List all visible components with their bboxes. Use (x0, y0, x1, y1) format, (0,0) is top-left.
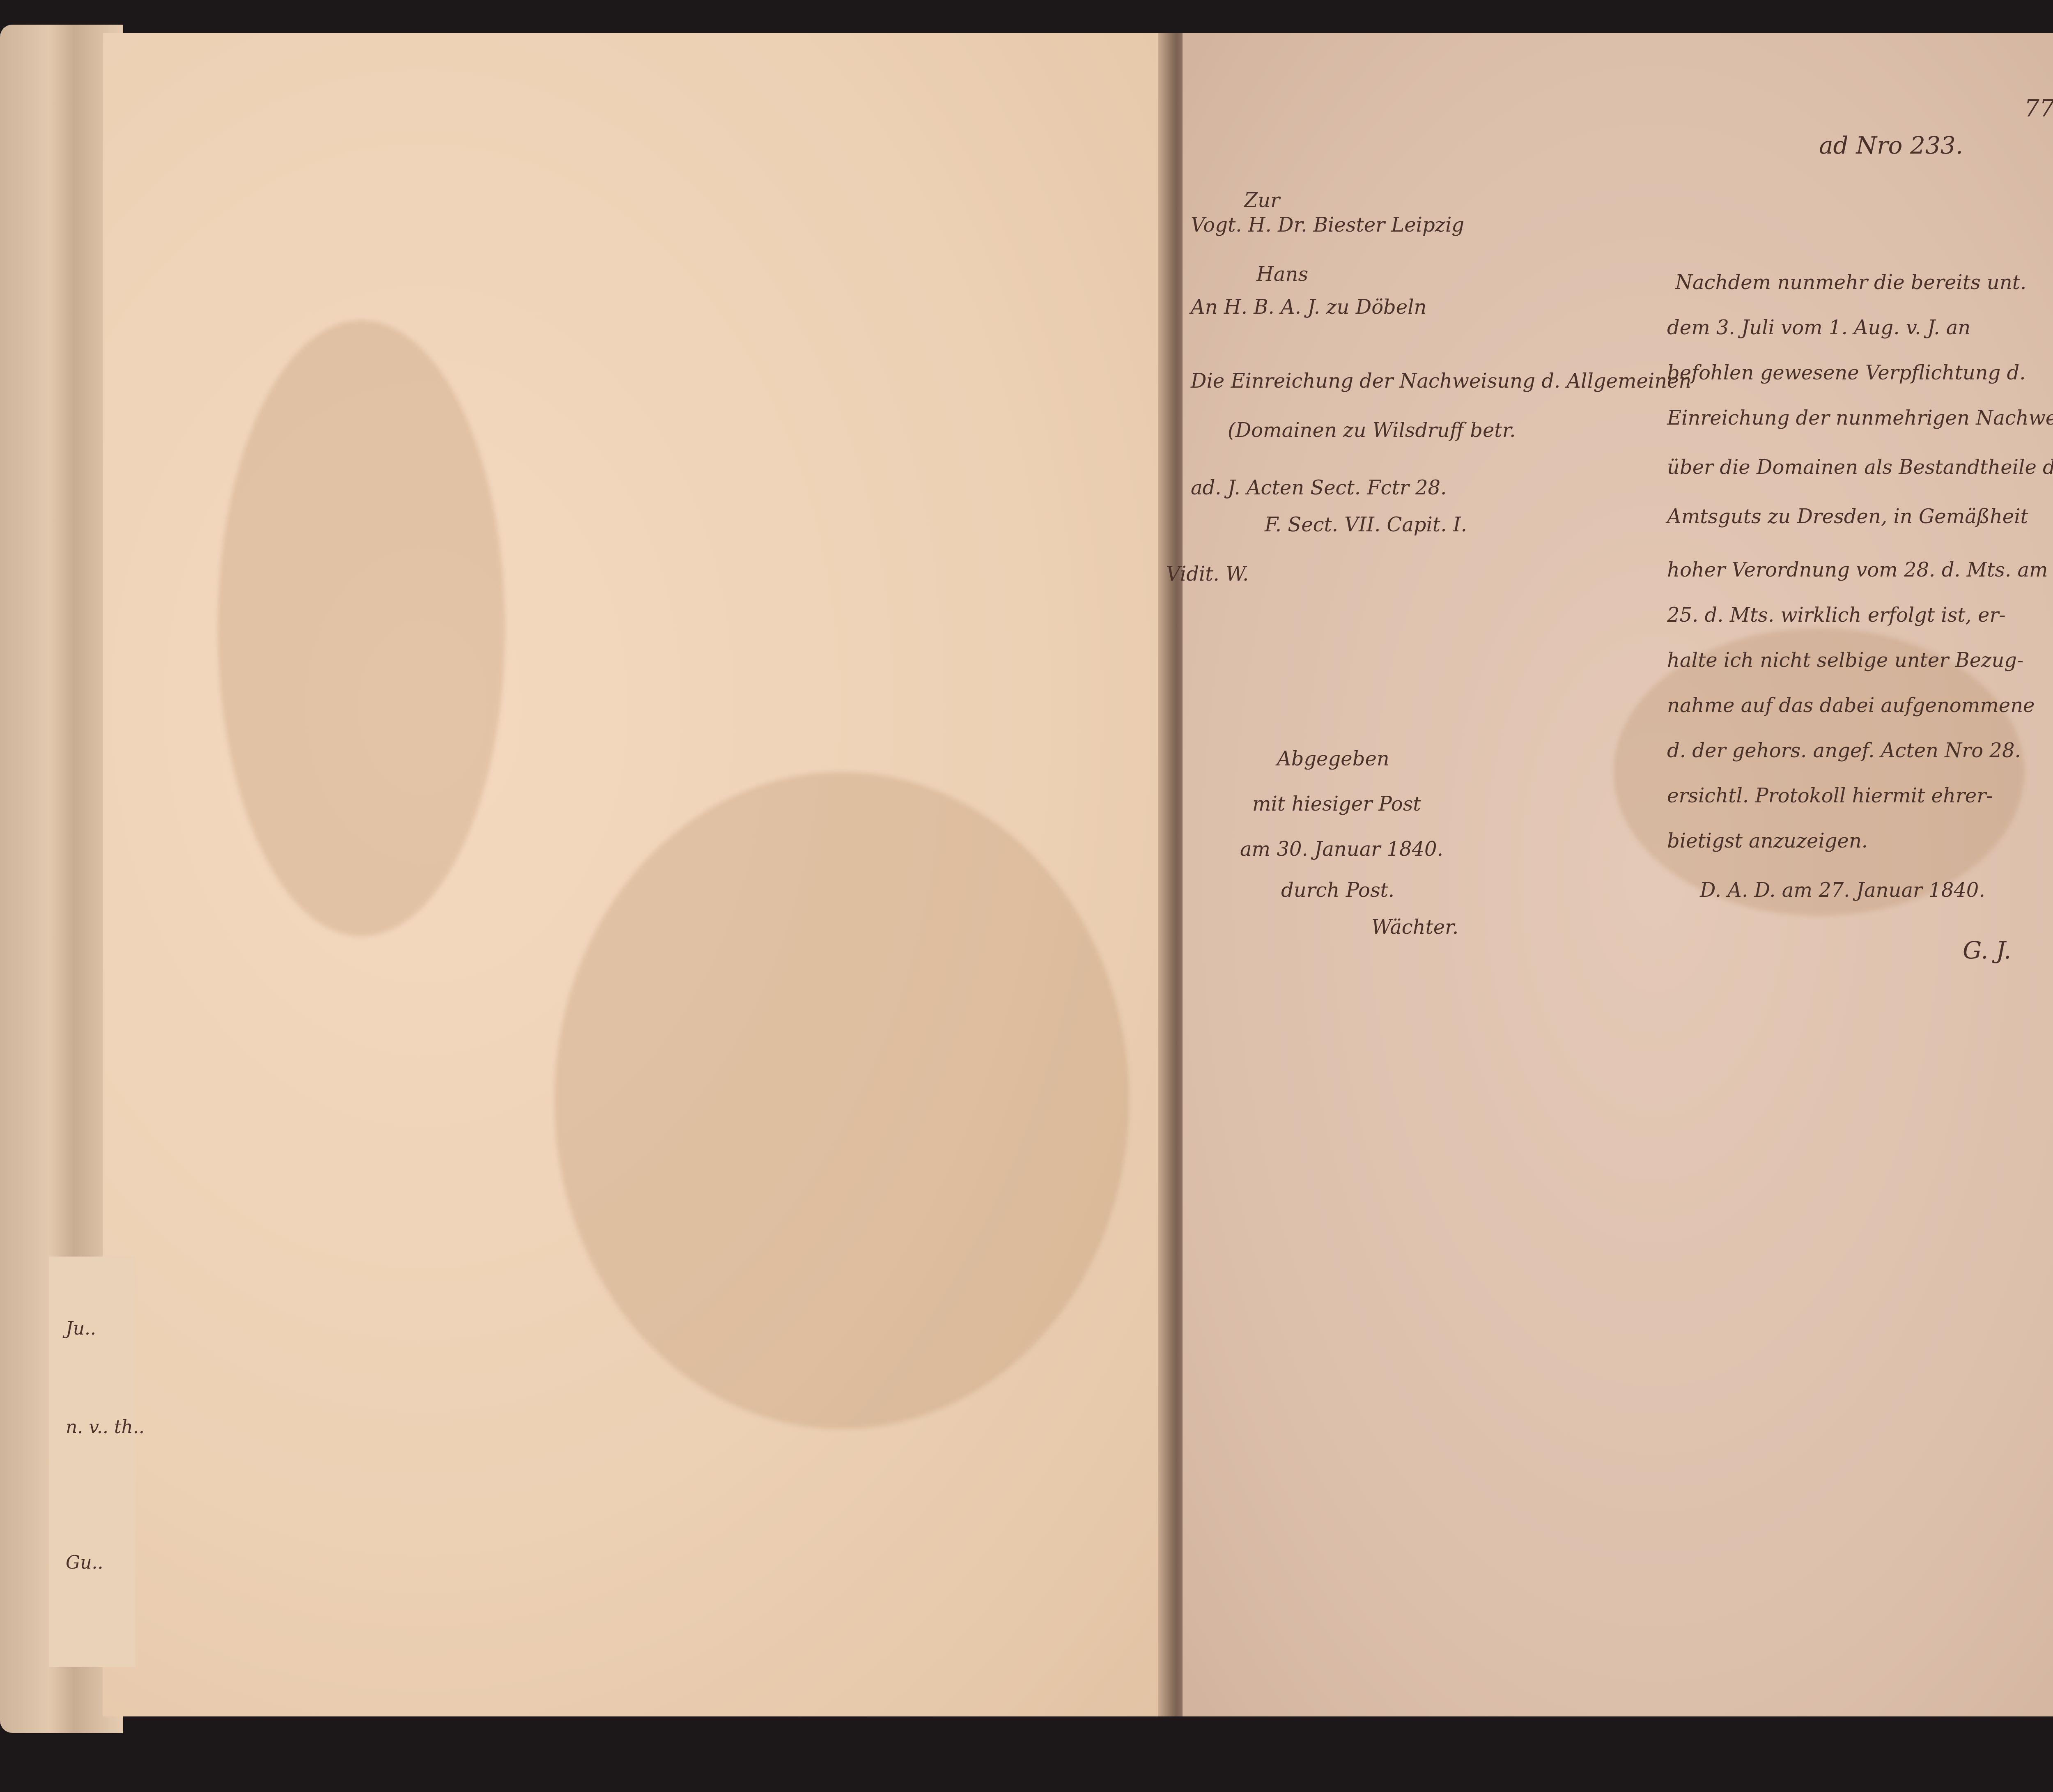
inserted-slip: Ju.. n. v.. th.. Gu.. (49, 1257, 135, 1667)
address-line: Hans (1256, 263, 1308, 286)
letter-date: D. A. D. am 27. Januar 1840. (1700, 879, 1985, 902)
folio-number: 77 (2024, 94, 2053, 122)
address-line: An H. B. A. J. zu Döbeln (1191, 296, 1426, 319)
letter-line: befohlen gewesene Verpflichtung d. (1667, 361, 2025, 384)
dispatch-note: mit hiesiger Post (1252, 793, 1421, 816)
letter-line: ersichtl. Protokoll hiermit ehrer- (1667, 784, 1993, 807)
letter-line: über die Domainen als Bestandtheile d. (1667, 456, 2053, 479)
slip-text: Gu.. (66, 1552, 103, 1573)
letter-line: hoher Verordnung vom 28. d. Mts. am (1667, 558, 2048, 581)
letter-line: Einreichung der nunmehrigen Nachweis (1667, 407, 2053, 430)
address-line: Vogt. H. Dr. Biester Leipzig (1191, 214, 1464, 237)
subject-line: (Domainen zu Wilsdruff betr. (1228, 419, 1516, 442)
dispatch-signature: Wächter. (1371, 916, 1458, 939)
water-stain (554, 772, 1129, 1429)
letter-line: d. der gehors. angef. Acten Nro 28. (1667, 739, 2021, 762)
left-page (103, 33, 1170, 1716)
letter-line: dem 3. Juli vom 1. Aug. v. J. an (1667, 316, 1970, 339)
letter-line: Amtsguts zu Dresden, in Gemäßheit (1667, 505, 2028, 528)
dispatch-note: Abgegeben (1277, 747, 1389, 770)
letter-signature: G. J. (1963, 936, 2011, 964)
letter-line: 25. d. Mts. wirklich erfolgt ist, er- (1667, 604, 2006, 627)
dispatch-note: am 30. Januar 1840. (1240, 838, 1443, 861)
letter-line: Nachdem nunmehr die bereits unt. (1675, 271, 2026, 294)
vidit-note: Vidit. W. (1166, 563, 1249, 586)
slip-text: n. v.. th.. (66, 1417, 145, 1438)
right-page: 77 ad Nro 233. Zur Vogt. H. Dr. Biester … (1183, 33, 2053, 1716)
letter-line: bietigst anzuzeigen. (1667, 829, 1868, 852)
water-stain (218, 320, 505, 936)
file-reference: F. Sect. VII. Capit. I. (1265, 513, 1467, 536)
dispatch-note: durch Post. (1281, 879, 1394, 902)
address-line: Zur (1244, 189, 1280, 212)
subject-line: Die Einreichung der Nachweisung d. Allge… (1191, 370, 1691, 393)
letter-line: halte ich nicht selbige unter Bezug- (1667, 649, 2023, 672)
slip-text: Ju.. (66, 1318, 96, 1339)
file-reference: ad. J. Acten Sect. Fctr 28. (1191, 476, 1447, 499)
letter-line: nahme auf das dabei aufgenommene (1667, 694, 2035, 717)
reference-number: ad Nro 233. (1819, 131, 1963, 159)
